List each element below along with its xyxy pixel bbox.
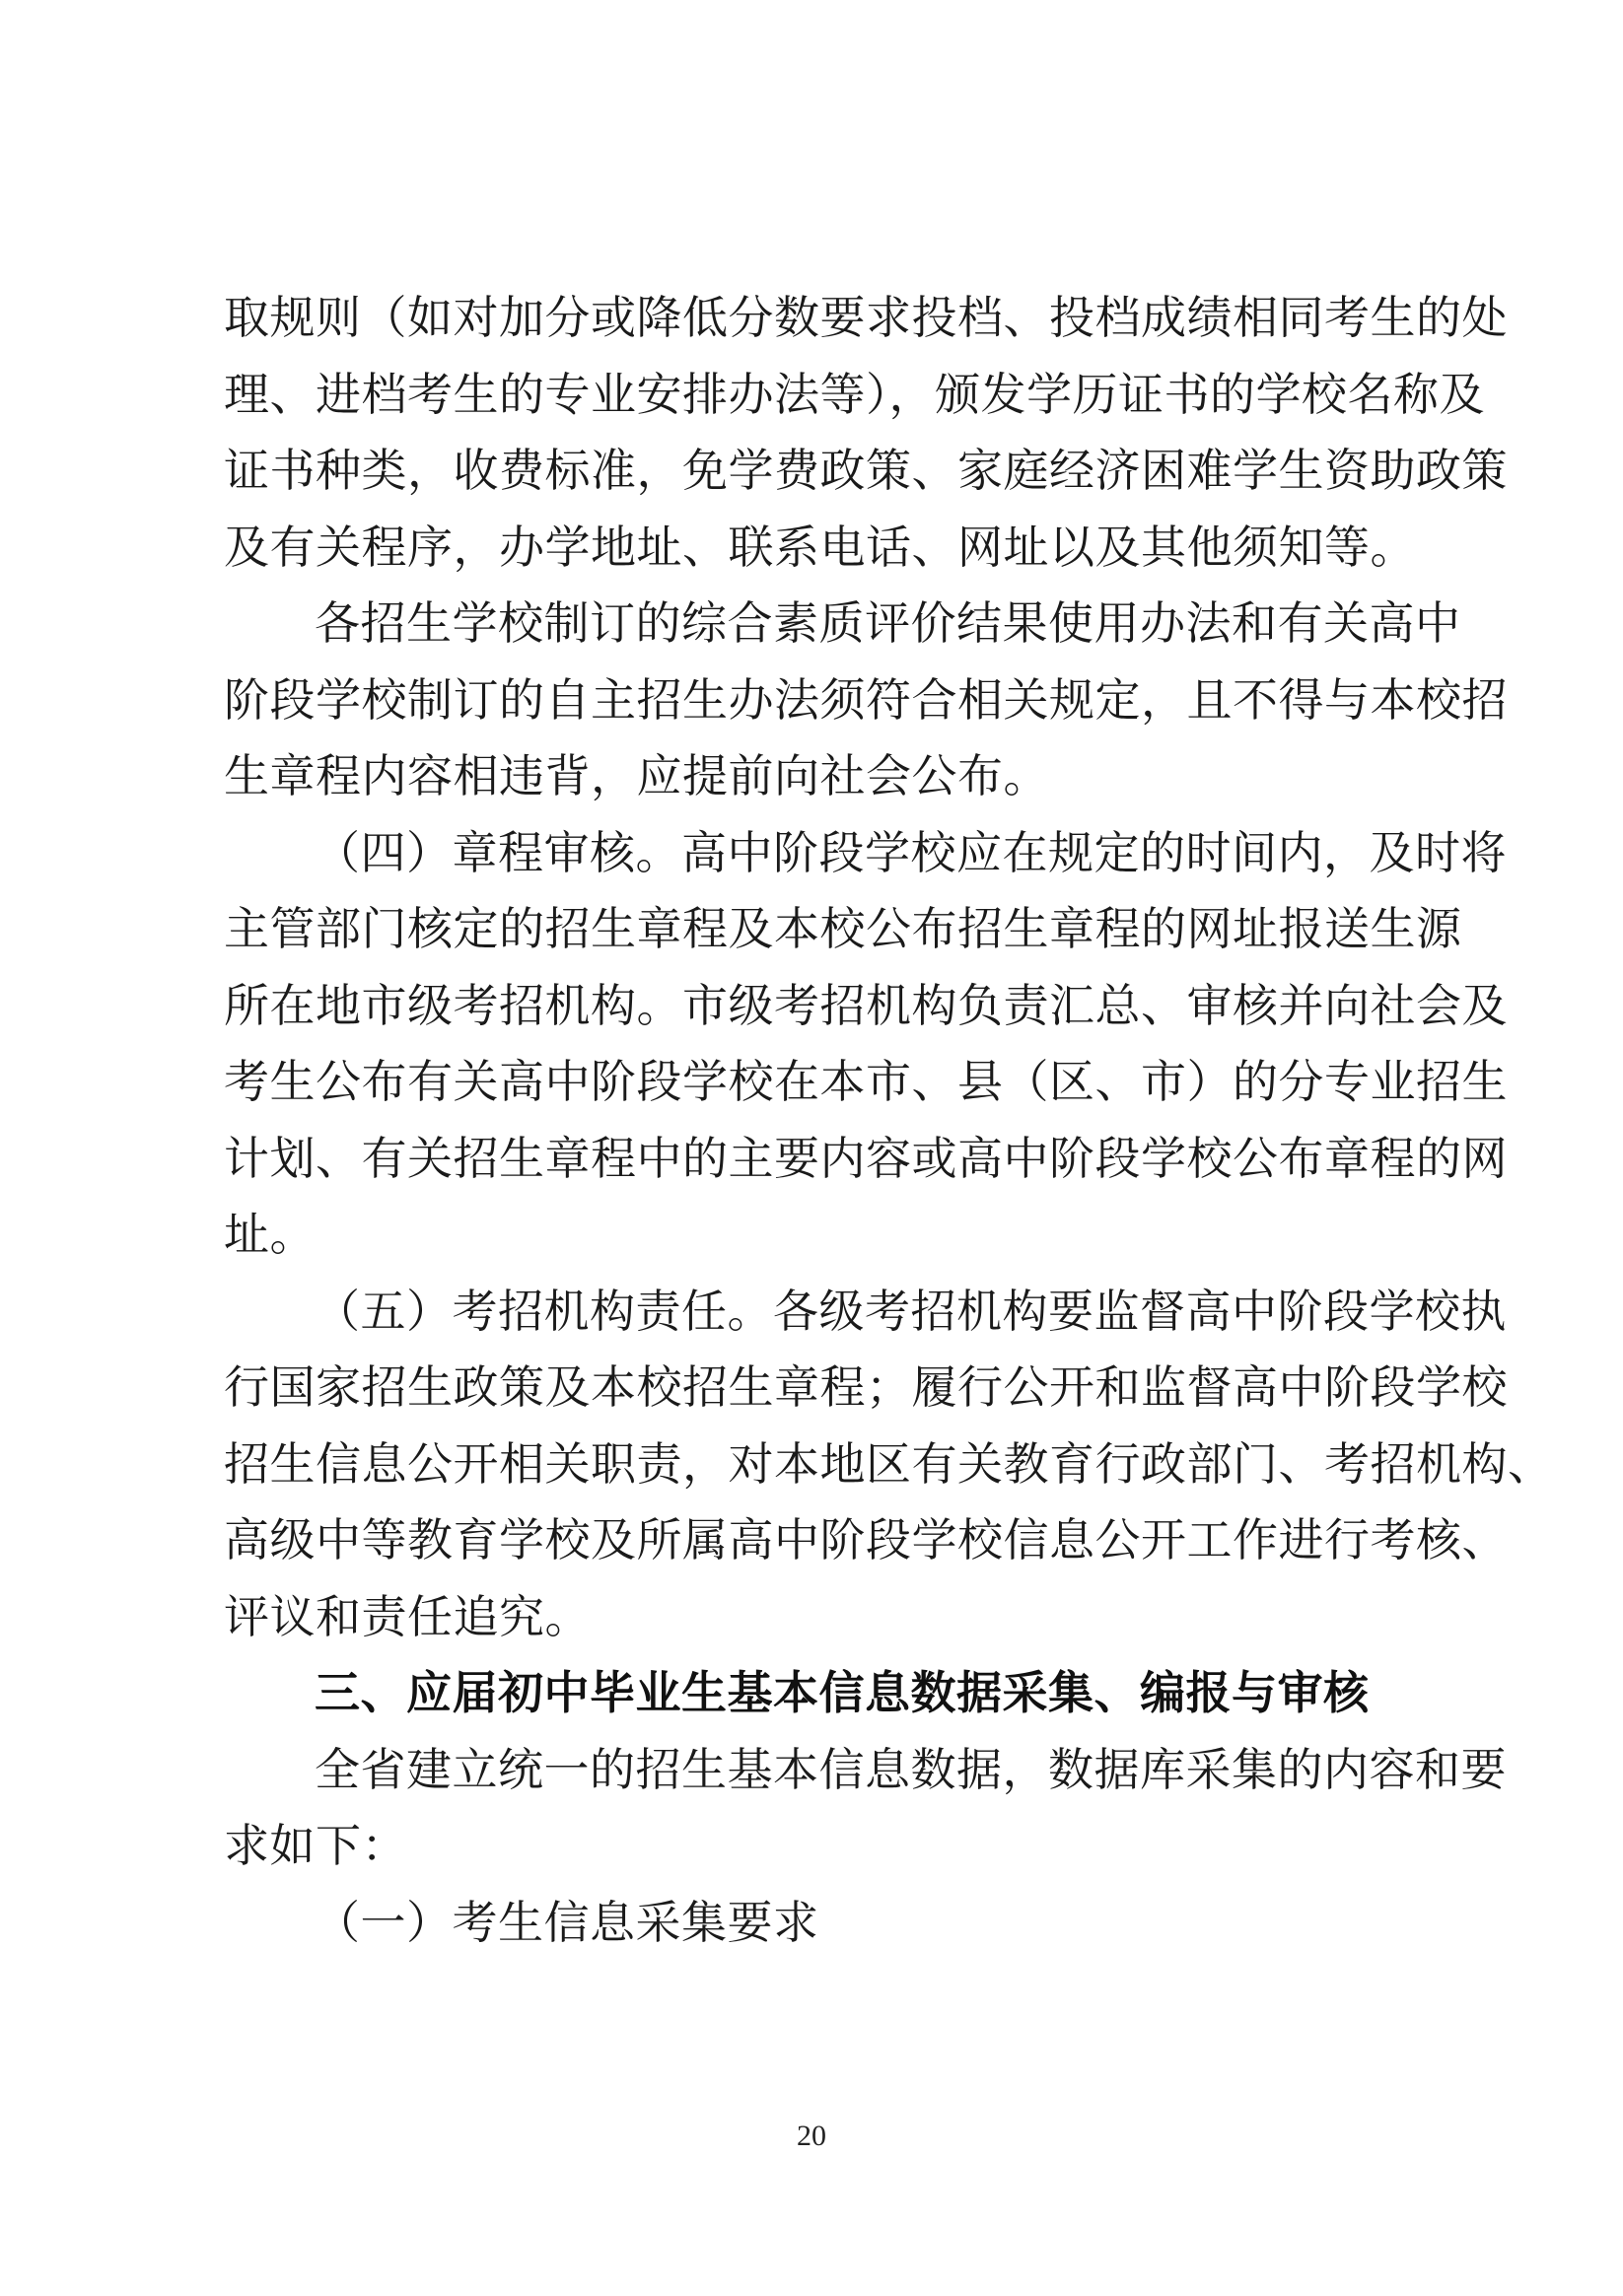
paragraph-institution-responsibility: （五）考招机构责任。各级考招机构要监督高中阶段学校执 行国家招生政策及本校招生章…	[224, 1274, 1429, 1656]
text-line: （四）章程审核。高中阶段学校应在规定的时间内，及时将	[224, 815, 1429, 892]
text-line: 所在地市级考招机构。市级考招机构负责汇总、审核并向社会及	[224, 968, 1429, 1045]
text-line: 招生信息公开相关职责，对本地区有关教育行政部门、考招机构、	[224, 1426, 1429, 1503]
text-line: 阶段学校制订的自主招生办法须符合相关规定，且不得与本校招	[224, 662, 1429, 739]
paragraph-section-intro: 全省建立统一的招生基本信息数据，数据库采集的内容和要 求如下：	[224, 1732, 1429, 1885]
text-line: 各招生学校制订的综合素质评价结果使用办法和有关高中	[224, 586, 1429, 662]
paragraph-admission-rules-continuation: 取规则（如对加分或降低分数要求投档、投档成绩相同考生的处 理、进档考生的专业安排…	[224, 280, 1429, 586]
text-line: 全省建立统一的招生基本信息数据，数据库采集的内容和要	[224, 1732, 1429, 1809]
subsection-heading-text: （一）考生信息采集要求	[224, 1885, 1429, 1962]
text-line: 求如下：	[224, 1808, 1429, 1885]
text-line: 主管部门核定的招生章程及本校公布招生章程的网址报送生源	[224, 891, 1429, 968]
text-line: 址。	[224, 1197, 1429, 1274]
text-line: 取规则（如对加分或降低分数要求投档、投档成绩相同考生的处	[224, 280, 1429, 357]
text-line: 计划、有关招生章程中的主要内容或高中阶段学校公布章程的网	[224, 1121, 1429, 1198]
paragraph-charter-review: （四）章程审核。高中阶段学校应在规定的时间内，及时将 主管部门核定的招生章程及本…	[224, 815, 1429, 1274]
text-line: 评议和责任追究。	[224, 1579, 1429, 1656]
document-body: 取规则（如对加分或降低分数要求投档、投档成绩相同考生的处 理、进档考生的专业安排…	[224, 280, 1429, 1961]
text-line: 理、进档考生的专业安排办法等），颁发学历证书的学校名称及	[224, 357, 1429, 434]
text-line: 行国家招生政策及本校招生章程；履行公开和监督高中阶段学校	[224, 1350, 1429, 1426]
text-line: 及有关程序，办学地址、联系电话、网址以及其他须知等。	[224, 510, 1429, 587]
page-number: 20	[0, 2120, 1623, 2153]
paragraph-evaluation-methods: 各招生学校制订的综合素质评价结果使用办法和有关高中 阶段学校制订的自主招生办法须…	[224, 586, 1429, 815]
text-line: （五）考招机构责任。各级考招机构要监督高中阶段学校执	[224, 1274, 1429, 1351]
document-page: 取规则（如对加分或降低分数要求投档、投档成绩相同考生的处 理、进档考生的专业安排…	[0, 0, 1623, 2296]
section-heading: 三、应届初中毕业生基本信息数据采集、编报与审核	[224, 1655, 1429, 1732]
text-line: 证书种类，收费标准，免学费政策、家庭经济困难学生资助政策	[224, 433, 1429, 510]
subsection-heading: （一）考生信息采集要求	[224, 1885, 1429, 1962]
text-line: 生章程内容相违背，应提前向社会公布。	[224, 738, 1429, 815]
text-line: 考生公布有关高中阶段学校在本市、县（区、市）的分专业招生	[224, 1044, 1429, 1121]
text-line: 高级中等教育学校及所属高中阶段学校信息公开工作进行考核、	[224, 1502, 1429, 1579]
